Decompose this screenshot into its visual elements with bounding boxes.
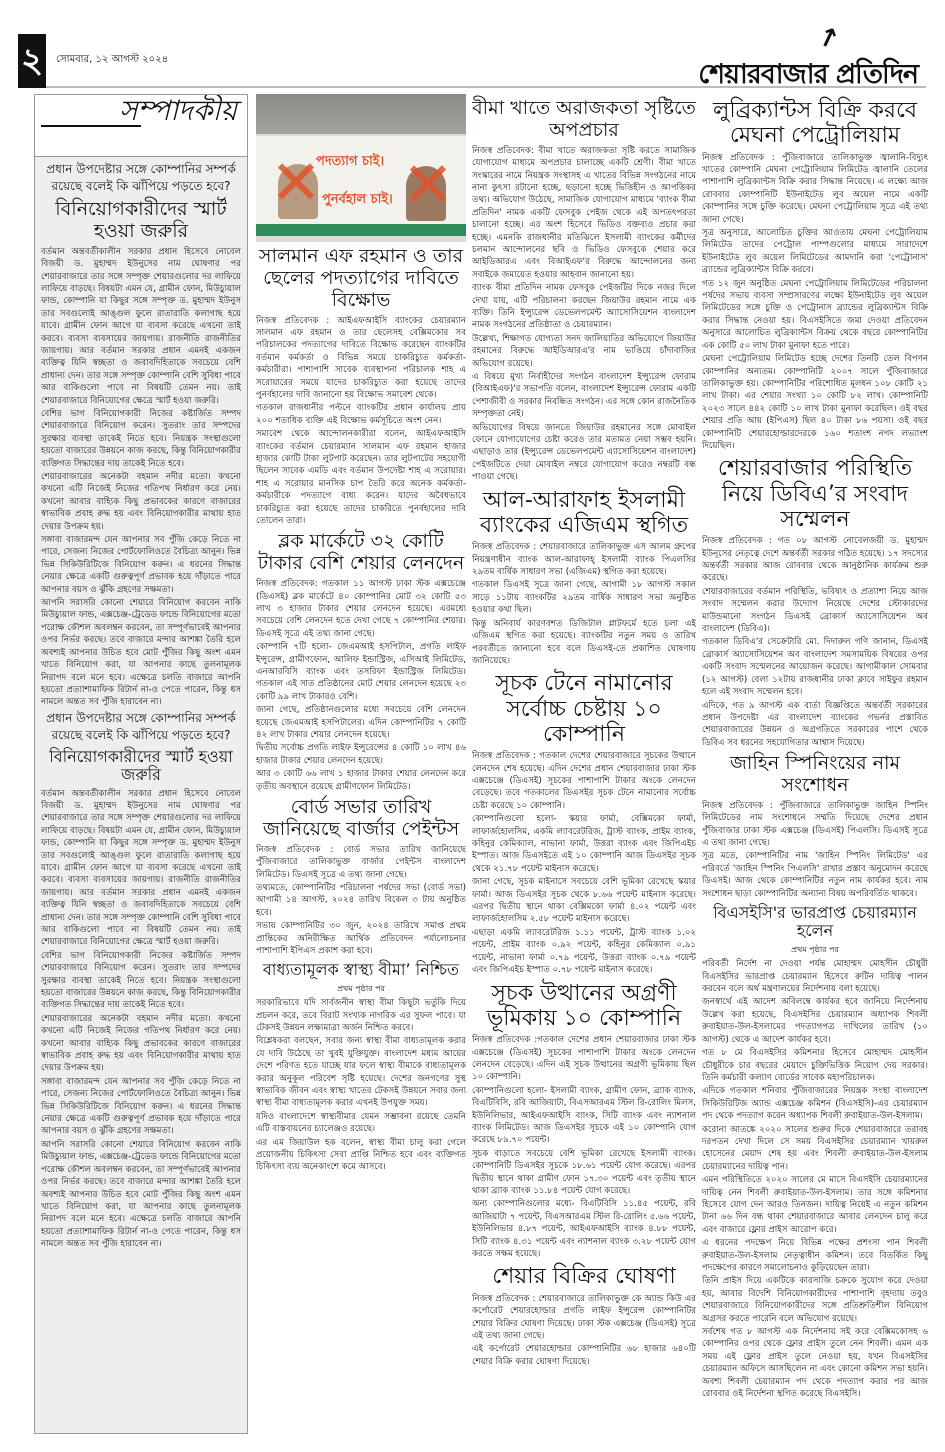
paragraph: আপনি সরাসরি কোনো শেয়ারে বিনিয়োগ করবেন …: [41, 1139, 241, 1251]
paragraph: বেশির ভাগ বিনিয়োগকারী নিজের কষ্টার্জিত …: [41, 950, 241, 1012]
paragraph: করোনা আতঙ্কে ২০২০ সালের শুরুর দিকে শেয়া…: [702, 1124, 928, 1174]
banner-text: পদত্যাগ চাই।: [316, 156, 384, 168]
issue-date: সোমবার, ১২ আগস্ট ২০২৪: [56, 52, 168, 69]
paragraph: কোম্পানি ৭টি হলো- জেএমআই হসপিটাল, প্রগতি…: [256, 641, 466, 703]
article-headline: সূচক টেনে নামানোর সর্বোচ্চ চেষ্টায় ১০ ক…: [472, 671, 696, 747]
banner-text: পুনর্বহাল চাই।: [322, 194, 393, 206]
paragraph: সূচক বাড়াতে সবচেয়ে বেশি ভূমিকা রেখেছে …: [472, 1148, 696, 1198]
paragraph: সরকারিভাবে যদি সার্বজনীন স্বাস্থ্য বীমা …: [256, 997, 466, 1034]
paragraph: এদিকে, গত ৯ আগস্ট এক বার্তা বিজ্ঞপ্তিতে …: [702, 700, 928, 750]
continuation-note: প্রথম পৃষ্ঠার পর: [702, 944, 928, 956]
paragraph: কিন্তু অনিবার্য কারণবশত ডিজিটাল প্লাটফর্…: [472, 618, 696, 668]
paragraph: নিজস্ব প্রতিবেদক :গতকাল দেশের প্রধান শেয…: [472, 1034, 696, 1084]
paragraph: এদিকে গতকাল শনিবার পুঁজিবাজারের নিয়ন্ত্…: [702, 1085, 928, 1122]
editorial-headline: বিনিয়োগকারীদের স্মার্ট হওয়া জরুরি: [41, 199, 241, 243]
banner-strip: [256, 224, 466, 236]
paragraph: মেঘনা পেট্রোলিয়াম লিমিটেড হচ্ছে দেশের ত…: [702, 353, 928, 452]
cross-mark-icon: ✕: [402, 154, 454, 216]
paragraph: শেয়ারবাজারের অনেকটা বহমান নদীর মতো। কখন…: [41, 1013, 241, 1075]
paragraph: দ্বিতীয় সর্বোচ্চ প্রগতি লাইফ ইন্সুরেন্স…: [256, 742, 466, 767]
paragraph: বিশ্লেষকরা বলছেন, সবার জন্য স্বাস্থ্য বী…: [256, 1035, 466, 1109]
article-headline: লুব্রিক্যান্টস বিক্রি করবে মেঘনা পেট্রোল…: [702, 98, 928, 149]
article-headline: শেয়ার বিক্রির ঘোষণা: [472, 1264, 696, 1289]
article-headline: বীমা খাতে অরাজকতা সৃষ্টিতে অপপ্রচার: [472, 98, 696, 142]
paragraph: এর এম জিয়াউল হক বলেন, স্বাস্থ্য বীমা চা…: [256, 1137, 466, 1174]
paragraph: এই কর্পোরেট শেয়ারহোল্ডার কোম্পানিটির ৬৮…: [472, 1343, 696, 1368]
paragraph: যদিও বাংলাদেশে স্বাস্থ্যবীমার যেমন সম্ভা…: [256, 1111, 466, 1136]
paragraph: এমন পরিস্থিতিতে ২০২০ সালের মে মাসে বিএসই…: [702, 1174, 928, 1236]
page-number: ২: [18, 34, 46, 88]
paragraph: সর্বশেষ গত ৮ আগস্ট এক নির্দেশনায় সই করে…: [702, 1326, 928, 1400]
paragraph: বর্তমান অন্তবর্তীকালীন সরকার প্রধান হিসে…: [41, 246, 241, 407]
editorial-kicker: প্রধান উপদেষ্টার সঙ্গে কোম্পানির সম্পর্ক…: [41, 161, 241, 195]
paragraph: বর্তমান অন্তবর্তীকালীন সরকার প্রধান হিসে…: [41, 788, 241, 949]
paragraph: তিনি প্রাইস দিয়ে একটিকে কারসাজি চক্রকে …: [702, 1275, 928, 1325]
paragraph: গত ১২ জুন অনুষ্ঠিত মেঘনা পেট্রোলিয়াম লি…: [702, 278, 928, 352]
paragraph: গত ৮ মে বিএসইসির কমিশনার হিসেবে মোহাম্মদ…: [702, 1047, 928, 1084]
column-3: বীমা খাতে অরাজকতা সৃষ্টিতে অপপ্রচার নিজস…: [472, 94, 696, 1434]
article-headline: সূচক উত্থানের অগ্রণী ভূমিকায় ১০ কোম্পান…: [472, 981, 696, 1032]
paragraph: আপনি সরাসরি কোনো শেয়ারে বিনিয়োগ করবেন …: [41, 597, 241, 709]
paragraph: অভিযোগের বিষয়ে জানতে জিয়াউর রহমানের সঙ…: [472, 422, 696, 484]
article-headline: বিএসইসি'র ভারপ্রাপ্ত চেয়ারম্যান হলেন: [702, 904, 928, 941]
paragraph: এছাড়া একমি ল্যাবরেটরিজ ১.১১ পয়েন্ট, ট্…: [472, 927, 696, 977]
paragraph: সূত্র অনুসারে, আলোচিত চুক্তির আওতায় মেঘ…: [702, 227, 928, 277]
trend-arrow-icon: ↗: [814, 21, 845, 57]
paragraph: সমাবেশ থেকে আন্দোলনকারীরা বলেন, আইএফআইসি…: [256, 428, 466, 527]
paragraph: জানা গেছে, প্রতিষ্ঠানগুলোর মধ্যে সবচেয়ে…: [256, 704, 466, 741]
paragraph: নিজস্ব প্রতিবেদক: গতকাল ১১ আগস্ট ঢাকা স্…: [256, 578, 466, 640]
column-2: ✕ ✕ পদত্যাগ চাই। পুনর্বহাল চাই। সালমান এ…: [256, 94, 466, 1434]
paragraph: এ বিষয়ে মুখ্য নির্বাহীদের সংগঠন বাংলাদে…: [472, 371, 696, 421]
paragraph: জনস্বার্থে এই আদেশ অবিলম্বে কার্যকর হবে …: [702, 996, 928, 1046]
article-headline: শেয়ারবাজার পরিস্থিতি নিয়ে ডিবিএ’র সংবা…: [702, 456, 928, 532]
protest-photo: ✕ ✕ পদত্যাগ চাই। পুনর্বহাল চাই।: [256, 94, 466, 242]
article-headline: জাহিন স্পিনিংয়ের নাম সংশোধন: [702, 753, 928, 797]
paragraph: গতকাল ডিএসই সূত্রে জানা গেছে, আগামী ১৮ আ…: [472, 579, 696, 616]
paragraph: শেয়ারবাজারের বর্তমান পরিস্থিতি, ভবিষ্যৎ…: [702, 586, 928, 636]
paragraph: আর ৩ কোটি ৬৬ লাখ ১ হাজার টাকার শেয়ার লে…: [256, 768, 466, 793]
paragraph: সভায় কোম্পানিটির ৩০ জুন, ২০২৪ তারিখে সম…: [256, 920, 466, 957]
paragraph: সঙ্গাবা বাজারমন্দ যেন আপনার সব পুঁজি কেড…: [41, 534, 241, 596]
paragraph: নিজস্ব প্রতিবেদক : পুঁজিবাজারে তালিকাভুক…: [702, 152, 928, 226]
editorial-banner: সম্পাদকীয়: [35, 95, 247, 157]
paragraph: জানা গেছে, সূচক মাইনাসে সবচেয়ে বেশি ভূম…: [472, 876, 696, 926]
cross-mark-icon: ✕: [270, 152, 322, 214]
editorial-kicker-repeat: প্রধান উপদেষ্টার সঙ্গে কোম্পানির সম্পর্ক…: [41, 710, 241, 744]
paragraph: নিজস্ব প্রতিবেদক : পুঁজিবাজারে তালিকাভুক…: [702, 800, 928, 850]
masthead: ২ সোমবার, ১২ আগস্ট ২০২৪ ↗ শেয়ারবাজার প্…: [18, 30, 926, 88]
paragraph: অন্য কোম্পানিগুলোর মধ্যে- বিএটিবিসি ১১.৪…: [472, 1198, 696, 1260]
paragraph: নিজস্ব প্রতিবেদক : শেয়ারবাজারে তালিকাভু…: [472, 541, 696, 578]
paragraph: শেয়ারবাজারের অনেকটা বহমান নদীর মতো। কখন…: [41, 471, 241, 533]
article-headline: বোর্ড সভার তারিখ জানিয়েছে বার্জার পেইন্…: [256, 797, 466, 841]
paragraph: নিজস্ব প্রতিবেদক : গত ০৮ আগস্ট নোবেলজয়ী…: [702, 535, 928, 585]
paragraph: তথ্যমতে, কোম্পানিটির পরিচালনা পর্ষদের সভ…: [256, 882, 466, 919]
continuation-note: প্রথম পৃষ্ঠার পর: [256, 983, 466, 995]
newspaper-logo: শেয়ারবাজার প্রতিদিন: [698, 54, 918, 99]
paragraph: কোম্পানিগুলো হলো- স্কয়ার ফার্মা, বেক্সি…: [472, 813, 696, 875]
editorial-column: সম্পাদকীয় প্রধান উপদেষ্টার সঙ্গে কোম্পা…: [34, 94, 248, 1434]
paragraph: নিজস্ব প্রতিবেদক : গতকাল দেশের শেয়ারবাজ…: [472, 750, 696, 812]
paragraph: ব্যাংক বীমা প্রতিদিন নামক ফেসবুক পেইজটির…: [472, 282, 696, 332]
article-headline: বাধ্যতামূলক স্বাস্থ্য বীমা’ নিশ্চিত: [256, 961, 466, 979]
column-4: লুব্রিক্যান্টস বিক্রি করবে মেঘনা পেট্রোল…: [702, 94, 928, 1434]
paragraph: সূত্র মতে, কোম্পানিটির নাম 'জাহিন স্পিনি…: [702, 850, 928, 900]
paragraph: উল্লেখ্য, শিক্ষাগত যোগ্যতা সনদ জালিয়াতি…: [472, 333, 696, 370]
paragraph: সঙ্গাবা বাজারমন্দ যেন আপনার সব পুঁজি কেড…: [41, 1076, 241, 1138]
paragraph: এ ধরনের পদক্ষেপ নিয়ে বিভিন্ন পক্ষের প্র…: [702, 1237, 928, 1274]
paragraph: গতকাল ডিবিএ'র সেক্রেটারি মো. দিদারুল গণি…: [702, 636, 928, 698]
paragraph: নিজস্ব প্রতিবেদক: বীমা খাতে অরাজকতা সৃষ্…: [472, 145, 696, 281]
article-headline: আল-আরাফাহ ইসলামী ব্যাংকের এজিএম স্থগিত: [472, 488, 696, 539]
paragraph: নিজস্ব প্রতিবেদক : শেয়ারবাজারে তালিকাভু…: [472, 1293, 696, 1343]
paragraph: নিজস্ব প্রতিবেদক : বোর্ড সভার তারিখ জানি…: [256, 844, 466, 881]
paragraph: বেশির ভাগ বিনিয়োগকারী নিজের কষ্টার্জিত …: [41, 408, 241, 470]
paragraph: কোম্পানিগুলো হলো- ইসলামী ব্যাংক, গ্রামীণ…: [472, 1085, 696, 1147]
paragraph: পরিবর্তী নির্দেশ না দেওয়া পর্যন্ত মোহাম…: [702, 958, 928, 995]
section-title: সম্পাদকীয়: [119, 105, 237, 117]
article-headline: সালমান এফ রহমান ও তার ছেলের পদত্যাগের দা…: [256, 246, 466, 312]
paragraph: নিজস্ব প্রতিবেদক : আইএফআইসি ব্যাংকের চেয…: [256, 315, 466, 402]
article-headline: ব্লক মার্কেটে ৩২ কোটি টাকার বেশি শেয়ার …: [256, 531, 466, 575]
paragraph: গতকাল রাজধানীর পল্টনে ব্যাংকটির প্রধান ক…: [256, 402, 466, 427]
editorial-headline-repeat: বিনিয়োগকারীদের স্মার্ট হওয়া জরুরি: [41, 748, 241, 785]
